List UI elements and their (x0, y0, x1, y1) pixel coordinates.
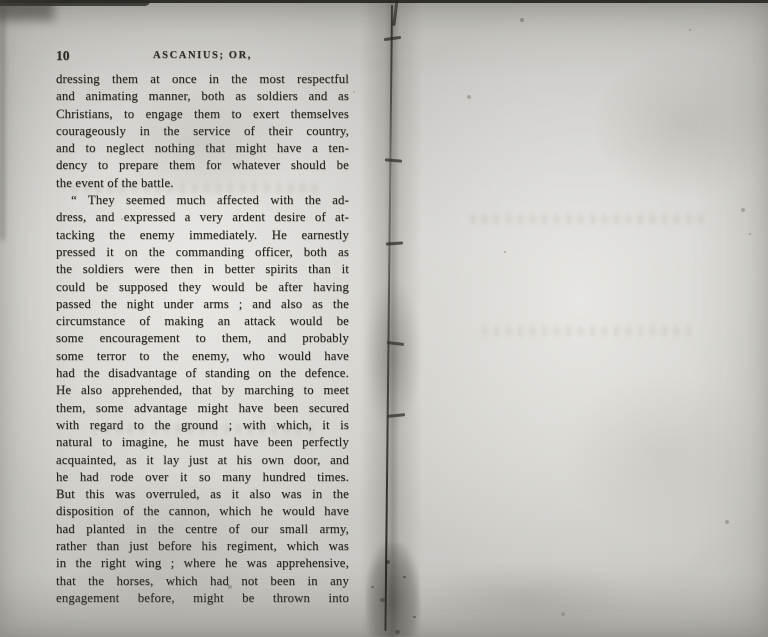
text-line: He also apprehended, that by marching to… (56, 382, 349, 399)
left-page: 10 ASCANIUS; OR, dressing them at once i… (0, 0, 388, 637)
text-line: he had rode over it so many hundred time… (56, 469, 349, 486)
text-line: But this was overruled, as it also was i… (56, 486, 349, 503)
text-line: Christians, to engage them to exert them… (56, 106, 349, 123)
text-line: engagement before, might be thrown into (56, 590, 349, 607)
text-line: had the disadvantage of standing on the … (56, 365, 349, 382)
text-column: dressing them at once in the most respec… (56, 71, 349, 607)
text-line: tacking the enemy immediately. He earnes… (56, 227, 349, 244)
text-line: in the right wing ; where he was apprehe… (56, 555, 349, 572)
text-line: dency to prepare them for whatever shoul… (56, 157, 349, 174)
text-line: the soldiers were then in better spirits… (56, 261, 349, 278)
text-line: some encouragement to them, and probably (56, 330, 349, 347)
text-line: the event of the battle. (56, 175, 349, 192)
text-line: natural to imagine, he must have been pe… (56, 434, 349, 451)
text-line: that the horses, which had not been in a… (56, 573, 349, 590)
right-page: THE YOUNG ADVENTURER. 11 some disorder b… (392, 0, 768, 637)
scan-left-edge (0, 0, 5, 240)
text-line: dressing them at once in the most respec… (56, 71, 349, 88)
text-line: and to neglect nothing that might have a… (56, 140, 349, 157)
corner-shadow (0, 0, 54, 20)
text-line: courageously in the service of their cou… (56, 123, 349, 140)
text-line: with regard to the ground ; with which, … (56, 417, 349, 434)
text-line: “ They seemed much affected with the ad- (56, 192, 349, 209)
text-line: had planted in the centre of our small a… (56, 521, 349, 538)
text-line: and animating manner, both as soldiers a… (56, 88, 349, 105)
left-page-header: 10 ASCANIUS; OR, (56, 50, 349, 61)
text-line: pressed it on the commanding officer, bo… (56, 244, 349, 261)
text-line: circumstance of making an attack would b… (56, 313, 349, 330)
running-head: ASCANIUS; OR, (56, 50, 349, 61)
page-number: 10 (56, 48, 70, 64)
book-scan: 10 ASCANIUS; OR, dressing them at once i… (0, 0, 768, 637)
text-line: disposition of the cannon, which he woul… (56, 503, 349, 520)
text-line: some terror to the enemy, who would have (56, 348, 349, 365)
text-line: dress, and expressed a very ardent desir… (56, 209, 349, 226)
text-line: could be supposed they would be after ha… (56, 279, 349, 296)
text-line: them, some advantage might have been sec… (56, 400, 349, 417)
text-line: passed the night under arms ; and also a… (56, 296, 349, 313)
text-line: acquainted, as it lay just at his own do… (56, 452, 349, 469)
text-line: rather than just before his regiment, wh… (56, 538, 349, 555)
